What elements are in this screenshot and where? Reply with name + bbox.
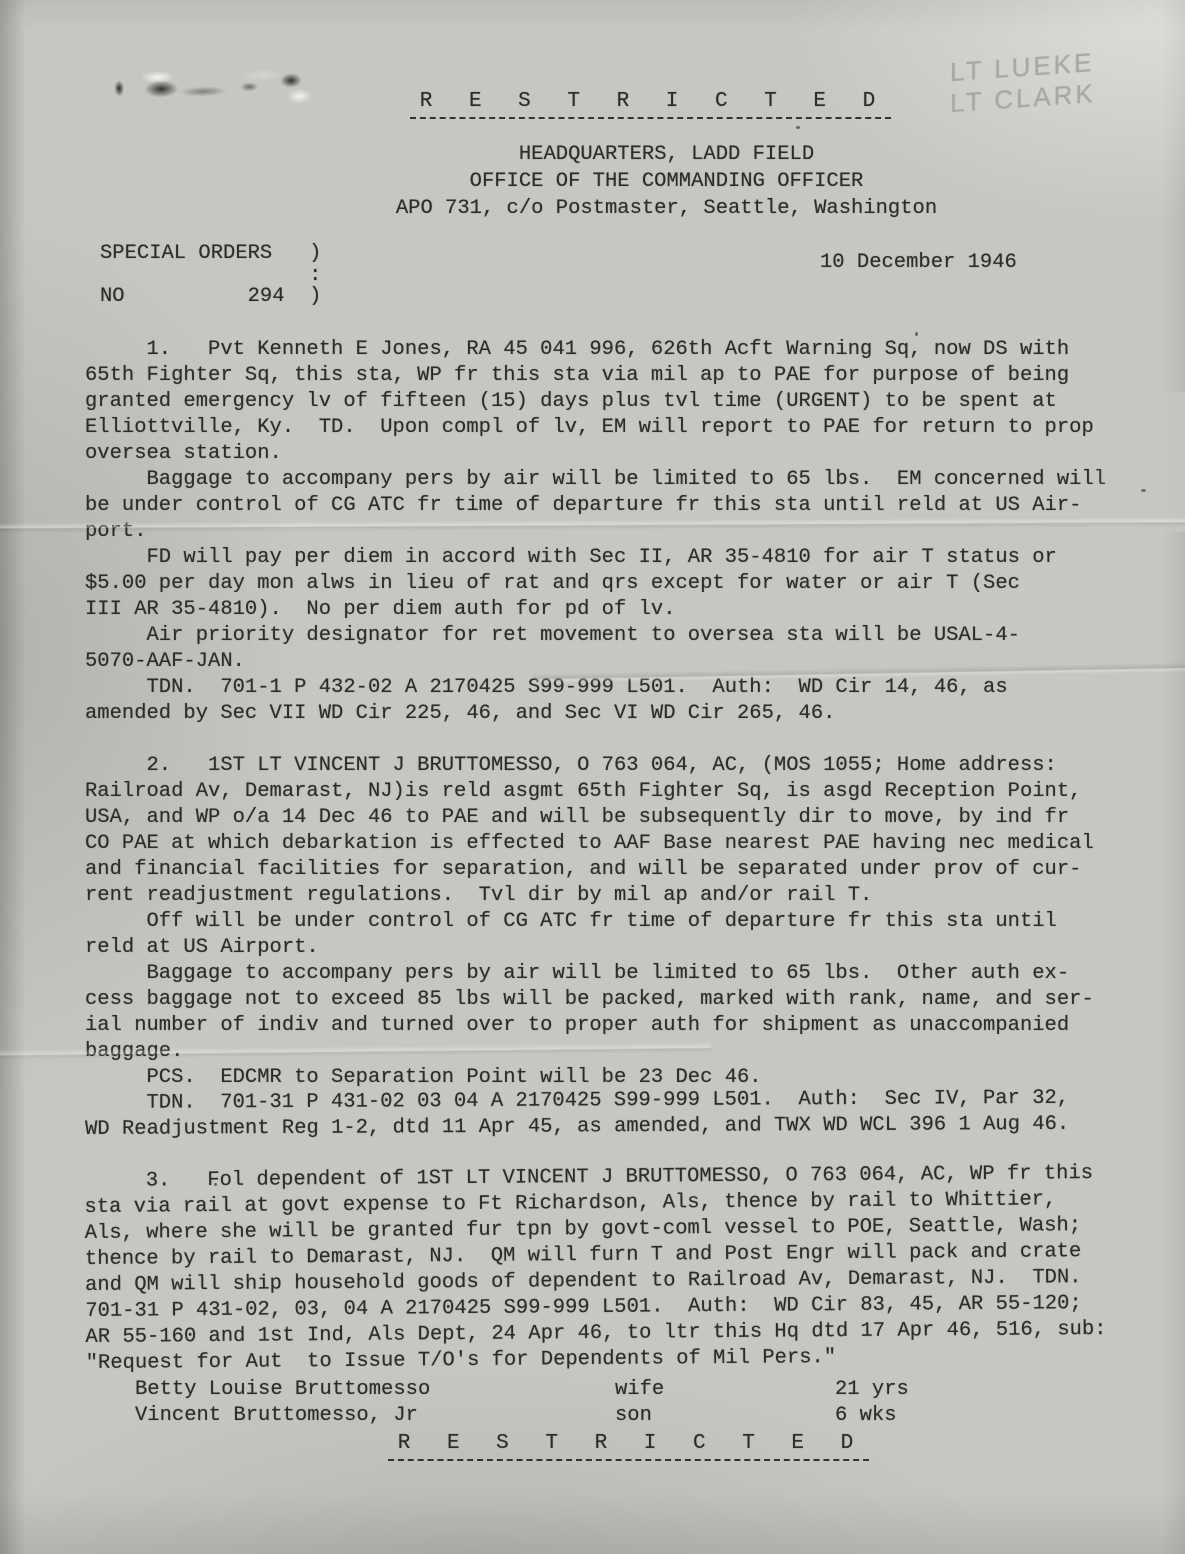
typed-line: and financial facilities for separation,… [85, 857, 1149, 883]
typed-line: NO 294 ) [100, 286, 321, 308]
paragraph-2-tdn: TDN. 701-31 P 431-02 03 04 A 2170425 S99… [85, 1085, 1149, 1143]
dependent-name: Betty Louise Bruttomesso [85, 1377, 615, 1403]
typed-line: Railroad Av, Demarast, NJ)is reld asgmt … [85, 779, 1149, 805]
special-orders-block: SPECIAL ORDERS ) :NO 294 ) [100, 243, 321, 308]
classification-banner-top: R E S T R I C T E D [0, 90, 1185, 119]
letterhead: HEADQUARTERS, LADD FIELD OFFICE OF THE C… [0, 141, 1185, 222]
typed-line: TDN. 701-1 P 432-02 A 2170425 S99-999 L5… [85, 675, 1149, 701]
typed-line: SPECIAL ORDERS ) [100, 243, 321, 265]
typed-line: 2. 1ST LT VINCENT J BRUTTOMESSO, O 763 0… [85, 753, 1149, 779]
paragraph-1: 1. Pvt Kenneth E Jones, RA 45 041 996, 6… [85, 337, 1149, 467]
typed-line: WD Readjustment Reg 1-2, dtd 11 Apr 45, … [85, 1111, 1149, 1143]
typed-line: FD will pay per diem in accord with Sec … [85, 545, 1149, 571]
paragraph-3: 3. Fol dependent of 1ST LT VINCENT J BRU… [84, 1161, 1150, 1377]
dependent-age: 6 wks [835, 1403, 1149, 1429]
typed-line: USA, and WP o/a 14 Dec 46 to PAE and wil… [85, 805, 1149, 831]
dependent-row: Vincent Bruttomesso, Jr son 6 wks [85, 1403, 1149, 1429]
typed-line: 65th Fighter Sq, this sta, WP fr this st… [85, 363, 1149, 389]
typed-line: Baggage to accompany pers by air will be… [85, 961, 1149, 987]
dependent-relation: son [615, 1403, 835, 1429]
dependents-list: Betty Louise Bruttomesso wife 21 yrs Vin… [85, 1377, 1149, 1429]
typed-line: Off will be under control of CG ATC fr t… [85, 909, 1149, 935]
paper-speck [796, 126, 800, 129]
dependent-relation: wife [615, 1377, 835, 1403]
typed-line: 1. Pvt Kenneth E Jones, RA 45 041 996, 6… [85, 337, 1149, 363]
letterhead-line-1: HEADQUARTERS, LADD FIELD [74, 141, 1185, 168]
paragraph-1-baggage: Baggage to accompany pers by air will be… [85, 467, 1149, 545]
paragraph-2-control: Off will be under control of CG ATC fr t… [85, 909, 1149, 961]
typed-line: rent readjustment regulations. Tvl dir b… [85, 883, 1149, 909]
typed-line: Elliottville, Ky. TD. Upon compl of lv, … [85, 415, 1149, 441]
paragraph-1-air-priority: Air priority designator for ret movement… [85, 623, 1149, 675]
typed-line: CO PAE at which debarkation is effected … [85, 831, 1149, 857]
paper-speck [915, 332, 918, 336]
typed-line: granted emergency lv of fifteen (15) day… [85, 389, 1149, 415]
classification-text-bottom: R E S T R I C T E D [388, 1432, 869, 1461]
typed-line: Baggage to accompany pers by air will be… [85, 467, 1149, 493]
typed-line: be under control of CG ATC fr time of de… [85, 493, 1149, 519]
paper-speck [214, 1183, 217, 1186]
dependent-row: Betty Louise Bruttomesso wife 21 yrs [85, 1377, 1149, 1403]
paragraph-1-tdn: TDN. 701-1 P 432-02 A 2170425 S99-999 L5… [85, 675, 1149, 727]
classification-banner-bottom: R E S T R I C T E D [0, 1432, 1185, 1461]
typed-line: Air priority designator for ret movement… [85, 623, 1149, 649]
letterhead-line-2: OFFICE OF THE COMMANDING OFFICER [74, 168, 1185, 195]
faded-ink-overlay [1090, 392, 1185, 532]
paragraph-2: 2. 1ST LT VINCENT J BRUTTOMESSO, O 763 0… [85, 753, 1149, 909]
typed-line: $5.00 per day mon alws in lieu of rat an… [85, 571, 1149, 597]
typed-line: amended by Sec VII WD Cir 225, 46, and S… [85, 701, 1149, 727]
typed-line: port. [85, 519, 1149, 545]
classification-text-top: R E S T R I C T E D [410, 90, 891, 119]
typed-line: III AR 35-4810). No per diem auth for pd… [85, 597, 1149, 623]
typed-line: cess baggage not to exceed 85 lbs will b… [85, 987, 1149, 1013]
paper-speck [1141, 489, 1146, 492]
paragraph-2-baggage: Baggage to accompany pers by air will be… [85, 961, 1149, 1065]
typed-line: oversea station. [85, 441, 1149, 467]
typed-line: ial number of indiv and turned over to p… [85, 1013, 1149, 1039]
letterhead-line-3: APO 731, c/o Postmaster, Seattle, Washin… [74, 195, 1185, 222]
dependent-age: 21 yrs [835, 1377, 1149, 1403]
dependent-name: Vincent Bruttomesso, Jr [85, 1403, 615, 1429]
typed-line: baggage. [85, 1039, 1149, 1065]
paragraph-1-perdiem: FD will pay per diem in accord with Sec … [85, 545, 1149, 623]
document-page: LT LUEKE LT CLARK R E S T R I C T E D HE… [0, 0, 1185, 1554]
order-date: 10 December 1946 [820, 251, 1017, 274]
typed-line: : [100, 265, 321, 287]
typed-line: reld at US Airport. [85, 935, 1149, 961]
typed-line: 5070-AAF-JAN. [85, 649, 1149, 675]
order-body: 1. Pvt Kenneth E Jones, RA 45 041 996, 6… [85, 337, 1149, 1429]
